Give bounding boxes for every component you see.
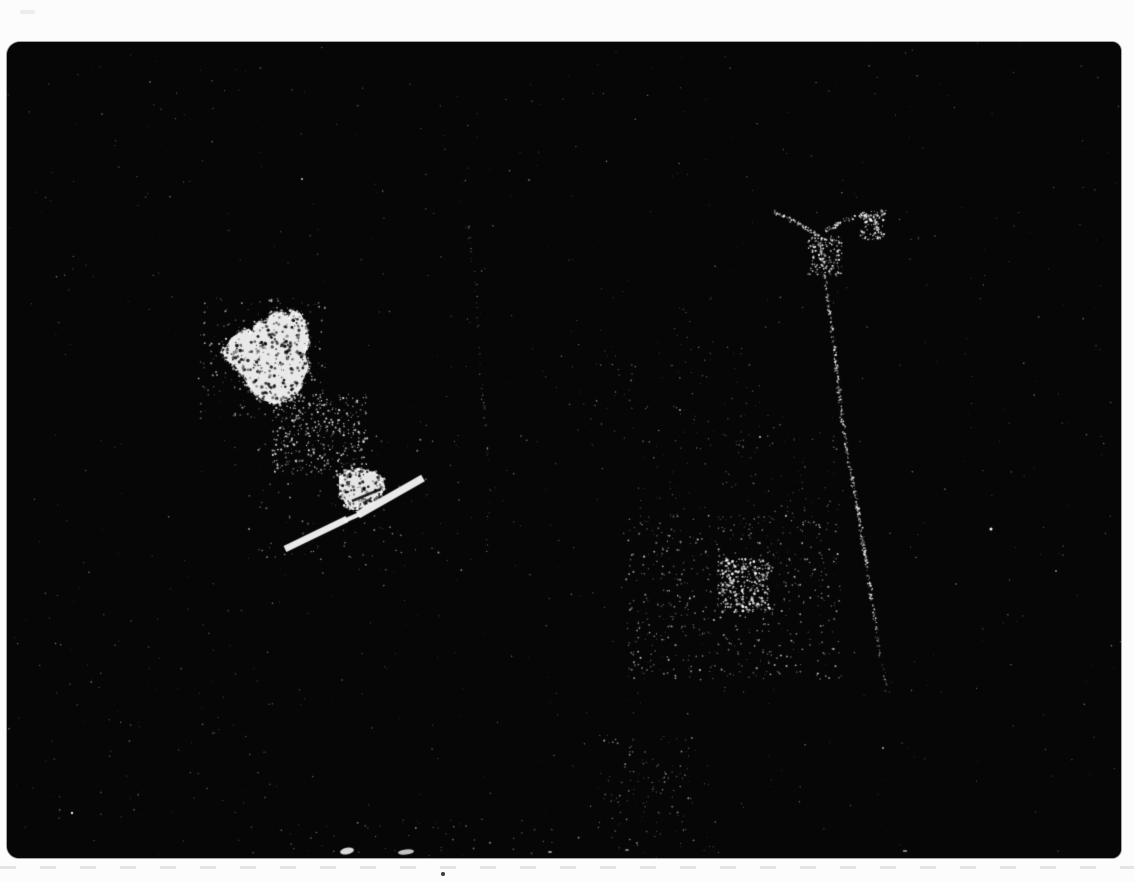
photograph-plate <box>7 42 1121 858</box>
printed-dot <box>441 872 445 876</box>
scan-artifact-dotted-line <box>0 866 1134 869</box>
scanned-page <box>0 0 1134 882</box>
excavation-photograph <box>7 42 1121 858</box>
scan-artifact-dash <box>20 10 35 14</box>
